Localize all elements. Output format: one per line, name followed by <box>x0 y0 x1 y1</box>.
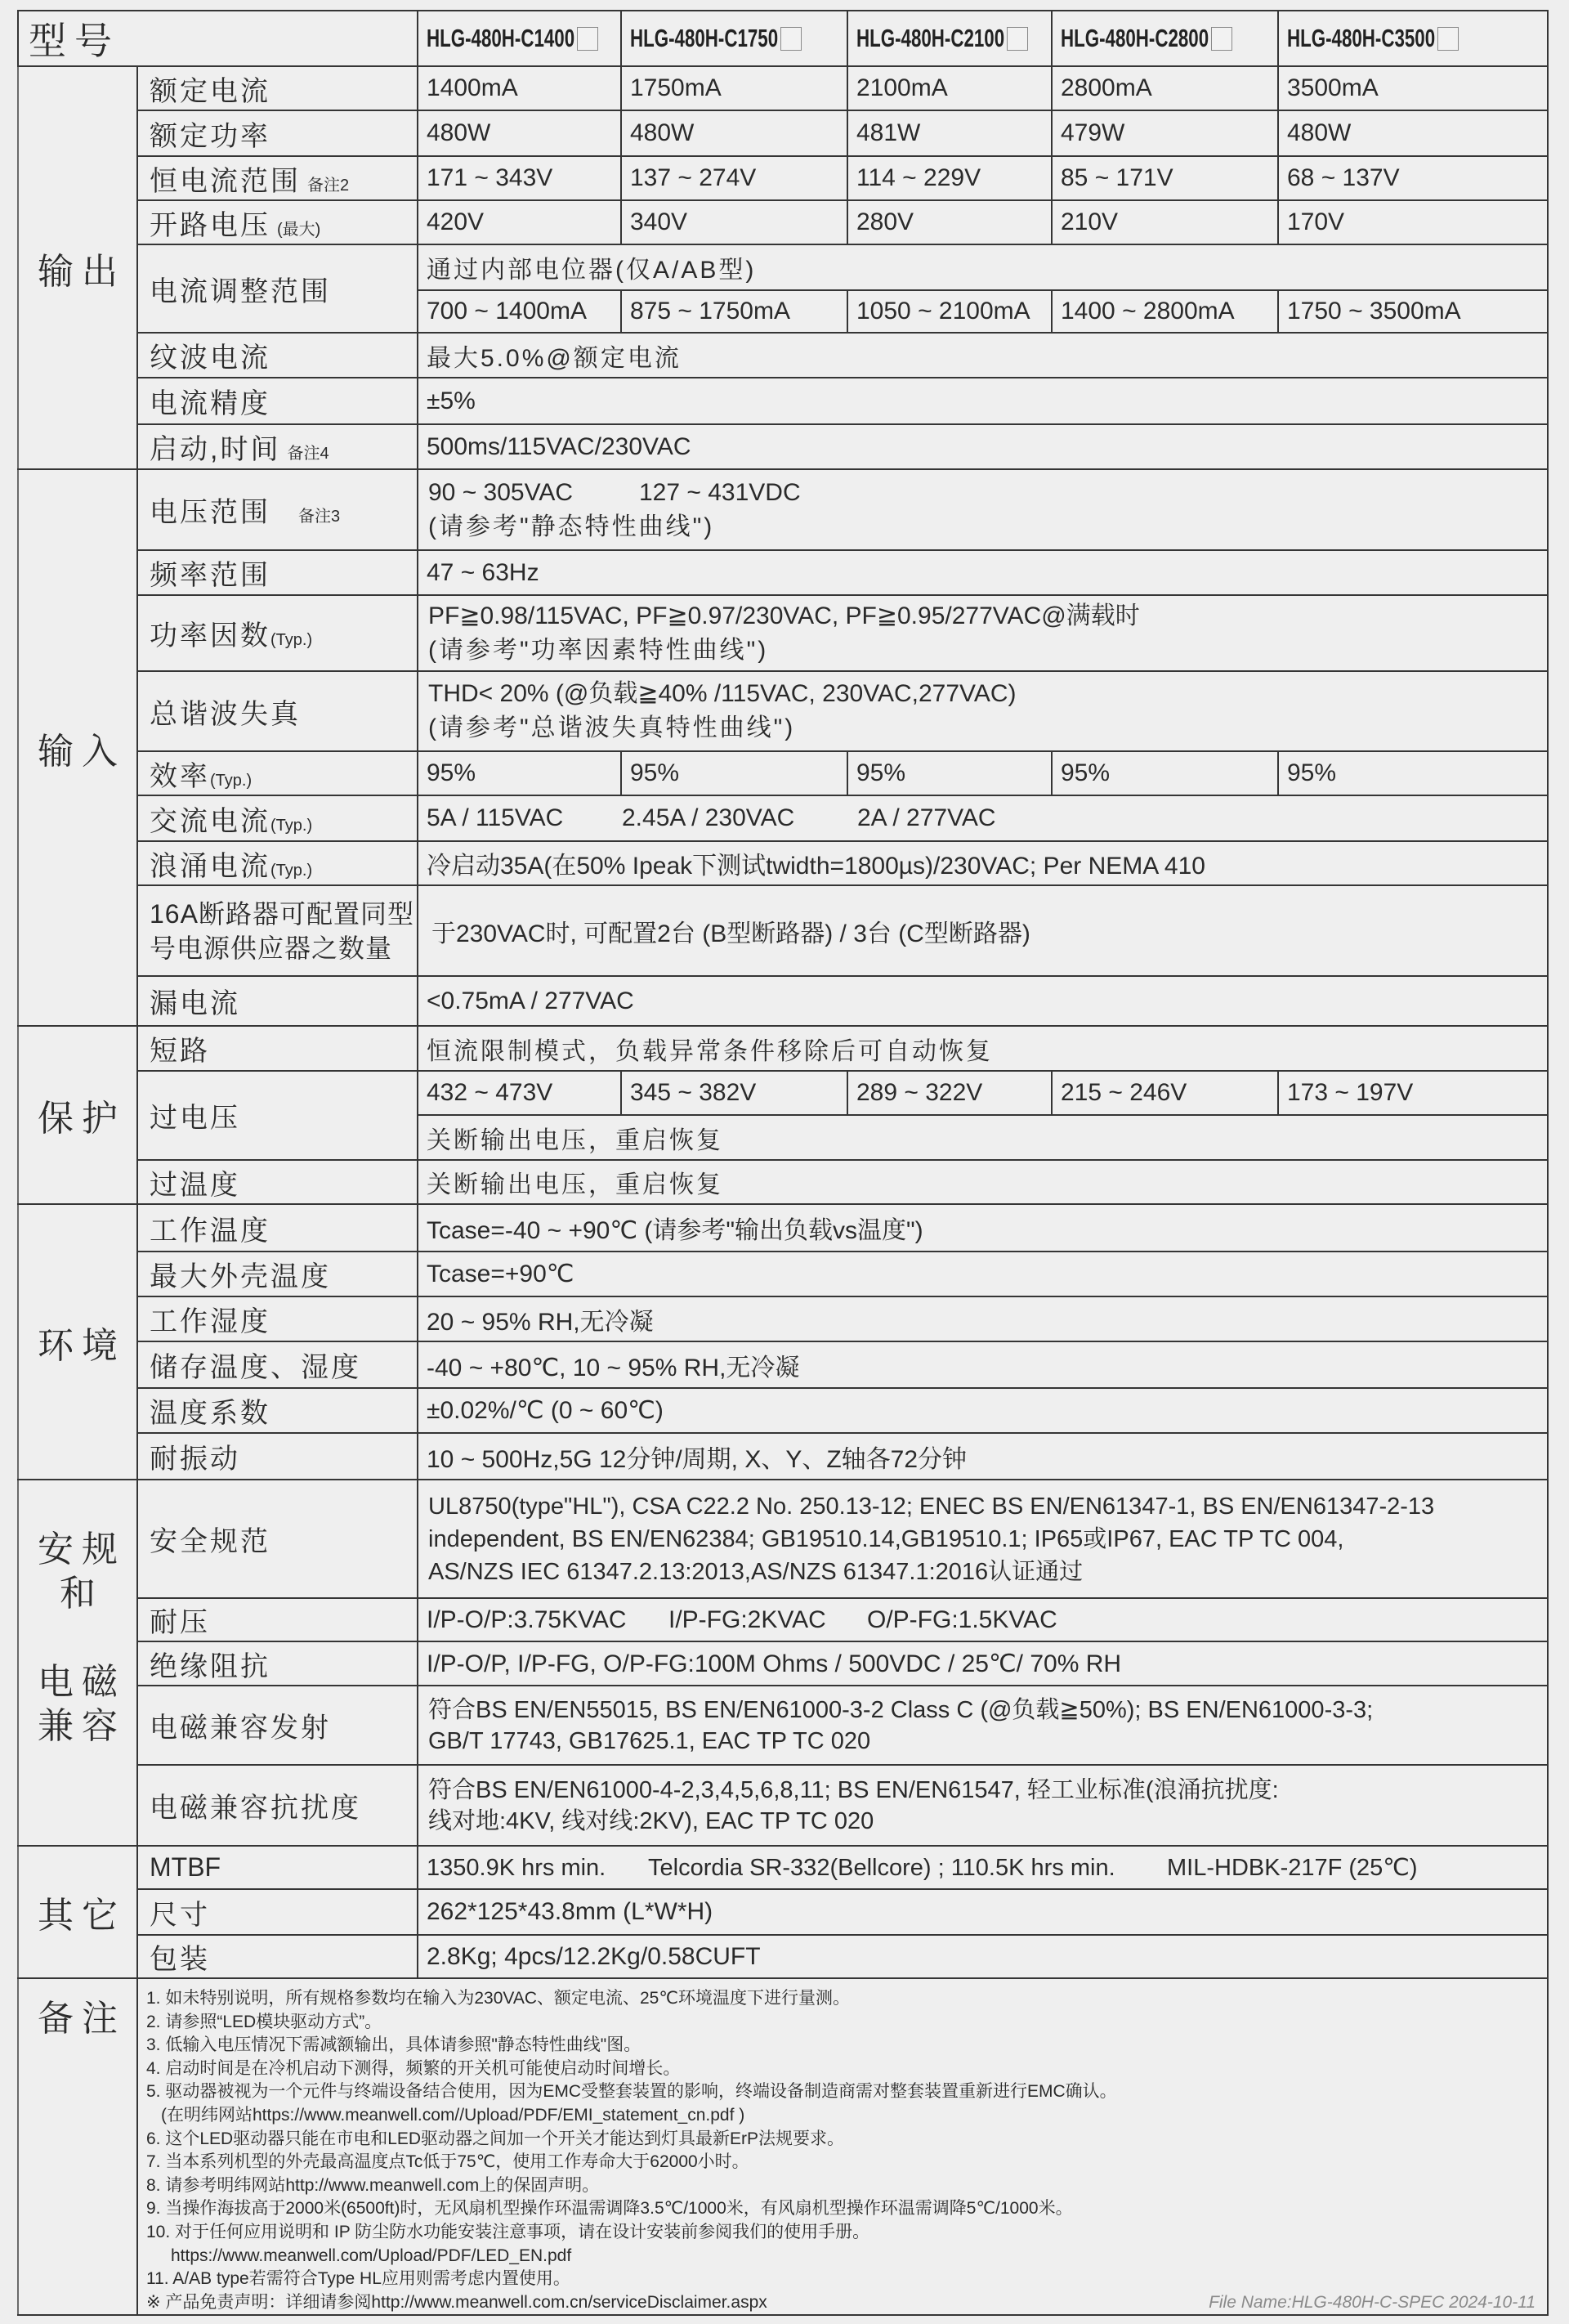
safety-standards-line: independent, BS EN/EN62384; GB19510.14,G… <box>428 1523 1547 1556</box>
group-protection: 保护 <box>18 1026 137 1204</box>
table-row-storage: 储存温度、湿度 -40 ~ +80℃, 10 ~ 95% RH,无冷凝 <box>18 1341 1548 1388</box>
note-item: 11. A/AB type若需符合Type HL应用则需考虑内置使用。 <box>146 2268 1547 2291</box>
label-text: 浪涌电流 <box>150 851 270 882</box>
cc-region-value: 171 ~ 343V <box>418 156 621 200</box>
current-adj-range-value: 875 ~ 1750mA <box>621 290 847 333</box>
disclaimer-link[interactable]: ※ 产品免责声明：详细请参阅http://www.meanwell.com.cn… <box>146 2291 767 2315</box>
cc-region-value: 114 ~ 229V <box>847 156 1052 200</box>
row-label-leakage-current: 漏电流 <box>137 976 418 1026</box>
model-column-header-3: HLG-480H-C2100 <box>847 11 1052 66</box>
storage-value: -40 ~ +80℃, 10 ~ 95% RH,无冷凝 <box>418 1341 1548 1388</box>
label-text: 效率 <box>150 761 210 792</box>
note-item: 8. 请参考明纬网站http://www.meanwell.com上的保固声明。 <box>146 2174 1547 2198</box>
row-label-storage: 储存温度、湿度 <box>137 1341 418 1388</box>
row-label-max-case-temp: 最大外壳温度 <box>137 1252 418 1296</box>
model-suffix-box <box>1437 27 1459 51</box>
note-item: 6. 这个LED驱动器只能在市电和LED驱动器之间加一个开关才能达到灯具最新Er… <box>146 2128 1547 2152</box>
model-suffix-box <box>780 27 802 51</box>
row-label-rated-power: 额定功率 <box>137 110 418 156</box>
frequency-range-value: 47 ~ 63Hz <box>418 550 1548 595</box>
notes-content: 1. 如未特别说明，所有规格参数均在输入为230VAC、额定电流、25℃环境温度… <box>137 1978 1548 2315</box>
table-row-over-temperature: 过温度 关断输出电压，重启恢复 <box>18 1160 1548 1204</box>
model-name: HLG-480H-C2800 <box>1061 24 1169 53</box>
model-header-label: 型号 <box>18 11 418 66</box>
power-factor-value: PF≧0.98/115VAC, PF≧0.97/230VAC, PF≧0.95/… <box>418 595 1548 671</box>
model-suffix-box <box>1007 27 1028 51</box>
label-qualifier: (Typ.) <box>270 817 312 835</box>
rated-current-value: 3500mA <box>1278 66 1548 110</box>
vibration-value: 10 ~ 500Hz,5G 12分钟/周期, X、Y、Z轴各72分钟 <box>418 1433 1548 1480</box>
working-humidity-value: 20 ~ 95% RH,无冷凝 <box>418 1296 1548 1341</box>
table-row-inrush-current: 浪涌电流(Typ.) 冷启动35A(在50% Ipeak下测试twidth=18… <box>18 841 1548 885</box>
group-spacer <box>27 1616 136 1660</box>
ac-range: 90 ~ 305VAC <box>428 476 639 510</box>
table-row-frequency-range: 频率范围 47 ~ 63Hz <box>18 550 1548 595</box>
table-row-mtbf: 其它 MTBF 1350.9K hrs min.Telcordia SR-332… <box>18 1846 1548 1889</box>
max-case-temp-value: Tcase=+90℃ <box>418 1252 1548 1296</box>
model-header-row: 型号 HLG-480H-C1400 HLG-480H-C1750 HLG-480… <box>18 11 1548 66</box>
table-row-over-voltage-values: 过电压 432 ~ 473V 345 ~ 382V 289 ~ 322V 215… <box>18 1071 1548 1115</box>
table-row-breaker-quantity: 16A断路器可配置同型 号电源供应器之数量 于230VAC时, 可配置2台 (B… <box>18 885 1548 976</box>
model-column-header-5: HLG-480H-C3500 <box>1278 11 1548 66</box>
model-suffix-box <box>1211 27 1232 51</box>
mtbf-telcordia-detail: Telcordia SR-332(Bellcore) ; 110.5K hrs … <box>648 1855 1167 1882</box>
model-column-header-1: HLG-480H-C1400 <box>418 11 621 66</box>
efficiency-value: 95% <box>1052 751 1278 795</box>
power-factor-reference: (请参考"功率因素特性曲线") <box>428 634 1547 668</box>
row-label-isolation-resistance: 绝缘阻抗 <box>137 1641 418 1686</box>
table-row-temp-coefficient: 温度系数 ±0.02%/℃ (0 ~ 60℃) <box>18 1388 1548 1433</box>
thd-reference: (请参考"总谐波失真特性曲线") <box>428 711 1547 746</box>
row-label-thd: 总谐波失真 <box>137 671 418 751</box>
short-circuit-value: 恒流限制模式，负载异常条件移除后可自动恢复 <box>418 1026 1548 1071</box>
group-output: 输出 <box>18 66 137 469</box>
label-qualifier: (Typ.) <box>270 631 312 649</box>
row-label-voltage-range: 电压范围备注3 <box>137 469 418 550</box>
table-row-dimension: 尺寸 262*125*43.8mm (L*W*H) <box>18 1889 1548 1935</box>
thd-line: THD< 20% (@负载≧40% /115VAC, 230VAC,277VAC… <box>428 677 1547 711</box>
note-item: 5. 驱动器被视为一个元件与终端设备结合使用，因为EMC受整套装置的影响，终端设… <box>146 2080 1547 2104</box>
row-label-vibration: 耐振动 <box>137 1433 418 1480</box>
open-circuit-voltage-value: 170V <box>1278 200 1548 244</box>
label-qualifier: (Typ.) <box>270 862 312 880</box>
current-adj-range-value: 1050 ~ 2100mA <box>847 290 1052 333</box>
note-link-led-manual[interactable]: https://www.meanwell.com/Upload/PDF/LED_… <box>146 2245 1547 2268</box>
withstand-ip-fg: I/P-FG:2KVAC <box>668 1606 867 1634</box>
voltage-range-reference: (请参考"静态特性曲线") <box>428 510 1547 544</box>
leakage-current-value: <0.75mA / 277VAC <box>418 976 1548 1026</box>
table-row-current-tolerance: 电流精度 ±5% <box>18 378 1548 424</box>
model-name: HLG-480H-C1400 <box>427 24 534 53</box>
dc-range: 127 ~ 431VDC <box>639 476 801 510</box>
table-row-constant-current-region: 恒电流范围备注2 171 ~ 343V 137 ~ 274V 114 ~ 229… <box>18 156 1548 200</box>
table-row-emc-immunity: 电磁兼容抗扰度 符合BS EN/EN61000-4-2,3,4,5,6,8,11… <box>18 1765 1548 1846</box>
current-tolerance-value: ±5% <box>418 378 1548 424</box>
table-row-efficiency: 效率(Typ.) 95% 95% 95% 95% 95% <box>18 751 1548 795</box>
note-reference: 备注4 <box>287 445 329 463</box>
dimension-value: 262*125*43.8mm (L*W*H) <box>418 1889 1548 1935</box>
over-temperature-value: 关断输出电压，重启恢复 <box>418 1160 1548 1204</box>
model-name: HLG-480H-C3500 <box>1287 24 1395 53</box>
safety-standards-value: UL8750(type"HL"), CSA C22.2 No. 250.13-1… <box>418 1480 1548 1598</box>
row-label-setup-time: 启动,时间备注4 <box>137 424 418 469</box>
ac-current-115: 5A / 115VAC <box>427 804 622 832</box>
row-label-open-circuit-voltage: 开路电压(最大) <box>137 200 418 244</box>
current-adj-range-value: 1400 ~ 2800mA <box>1052 290 1278 333</box>
label-text: 交流电流 <box>150 806 270 837</box>
model-column-header-2: HLG-480H-C1750 <box>621 11 847 66</box>
row-label-temp-coefficient: 温度系数 <box>137 1388 418 1433</box>
note-item: 9. 当操作海拔高于2000米(6500ft)时，无风扇机型操作环温需调降3.5… <box>146 2197 1547 2221</box>
open-circuit-voltage-value: 210V <box>1052 200 1278 244</box>
group-line: 和 <box>27 1572 136 1616</box>
rated-current-value: 1400mA <box>418 66 621 110</box>
emc-immunity-value: 符合BS EN/EN61000-4-2,3,4,5,6,8,11; BS EN/… <box>418 1765 1548 1846</box>
rated-power-value: 481W <box>847 110 1052 156</box>
withstand-ip-op: I/P-O/P:3.75KVAC <box>427 1606 668 1634</box>
breaker-quantity-value: 于230VAC时, 可配置2台 (B型断路器) / 3台 (C型断路器) <box>418 885 1548 976</box>
row-label-withstand-voltage: 耐压 <box>137 1598 418 1641</box>
over-voltage-description: 关断输出电压，重启恢复 <box>418 1115 1548 1160</box>
table-row-ripple-current: 纹波电流 最大5.0%@额定电流 <box>18 333 1548 378</box>
model-name: HLG-480H-C1750 <box>630 24 738 53</box>
open-circuit-voltage-value: 420V <box>418 200 621 244</box>
mtbf-value: 1350.9K hrs min.Telcordia SR-332(Bellcor… <box>418 1846 1548 1889</box>
label-text: 功率因数 <box>150 620 270 652</box>
working-temp-value: Tcase=-40 ~ +90℃ (请参考"输出负载vs温度") <box>418 1204 1548 1252</box>
row-label-ac-current: 交流电流(Typ.) <box>137 795 418 841</box>
model-column-header-4: HLG-480H-C2800 <box>1052 11 1278 66</box>
label-line: 16A断路器可配置同型 <box>150 897 417 931</box>
ripple-current-value: 最大5.0%@额定电流 <box>418 333 1548 378</box>
label-qualifier: (Typ.) <box>210 772 252 790</box>
row-label-rated-current: 额定电流 <box>137 66 418 110</box>
group-line: 兼容 <box>27 1704 136 1749</box>
label-text: 恒电流范围 <box>150 166 301 197</box>
note-item: 1. 如未特别说明，所有规格参数均在输入为230VAC、额定电流、25℃环境温度… <box>146 1987 1547 2011</box>
table-row-power-factor: 功率因数(Typ.) PF≧0.98/115VAC, PF≧0.97/230VA… <box>18 595 1548 671</box>
group-line: 电磁 <box>27 1660 136 1704</box>
ac-current-277: 2A / 277VAC <box>857 804 996 832</box>
label-qualifier: (最大) <box>277 221 320 239</box>
table-row-working-humidity: 工作湿度 20 ~ 95% RH,无冷凝 <box>18 1296 1548 1341</box>
efficiency-value: 95% <box>1278 751 1548 795</box>
row-label-mtbf: MTBF <box>137 1846 418 1889</box>
row-label-working-temp: 工作温度 <box>137 1204 418 1252</box>
ac-current-230: 2.45A / 230VAC <box>622 804 857 832</box>
group-input: 输入 <box>18 469 137 1026</box>
open-circuit-voltage-value: 280V <box>847 200 1052 244</box>
efficiency-value: 95% <box>418 751 621 795</box>
table-row-open-circuit-voltage: 开路电压(最大) 420V 340V 280V 210V 170V <box>18 200 1548 244</box>
group-line: 安规 <box>27 1528 136 1572</box>
temp-coefficient-value: ±0.02%/℃ (0 ~ 60℃) <box>418 1388 1548 1433</box>
row-label-emc-immunity: 电磁兼容抗扰度 <box>137 1765 418 1846</box>
row-label-frequency-range: 频率范围 <box>137 550 418 595</box>
label-text: 开路电压 <box>150 210 270 241</box>
row-label-efficiency: 效率(Typ.) <box>137 751 418 795</box>
over-voltage-value: 345 ~ 382V <box>621 1071 847 1115</box>
current-adj-range-description: 通过内部电位器(仅A/AB型) <box>418 244 1548 290</box>
mtbf-telcordia: 1350.9K hrs min. <box>427 1855 648 1882</box>
table-row-rated-power: 额定功率 480W 480W 481W 479W 480W <box>18 110 1548 156</box>
table-row-leakage-current: 漏电流 <0.75mA / 277VAC <box>18 976 1548 1026</box>
over-voltage-value: 432 ~ 473V <box>418 1071 621 1115</box>
group-others: 其它 <box>18 1846 137 1978</box>
note-item: 3. 低输入电压情况下需减额输出，具体请参照"静态特性曲线"图。 <box>146 2034 1547 2058</box>
row-label-over-temperature: 过温度 <box>137 1160 418 1204</box>
over-voltage-value: 289 ~ 322V <box>847 1071 1052 1115</box>
group-safety-emc: 安规 和 电磁 兼容 <box>18 1480 137 1846</box>
label-line: 号电源供应器之数量 <box>150 931 417 965</box>
efficiency-value: 95% <box>621 751 847 795</box>
mtbf-mil-hdbk: MIL-HDBK-217F (25℃) <box>1167 1853 1418 1882</box>
efficiency-value: 95% <box>847 751 1052 795</box>
row-label-short-circuit: 短路 <box>137 1026 418 1071</box>
voltage-range-line: 90 ~ 305VAC127 ~ 431VDC <box>428 476 1547 510</box>
spec-table: 型号 HLG-480H-C1400 HLG-480H-C1750 HLG-480… <box>17 10 1549 2316</box>
table-row-emc-emission: 电磁兼容发射 符合BS EN/EN55015, BS EN/EN61000-3-… <box>18 1686 1548 1765</box>
table-row-rated-current: 输出 额定电流 1400mA 1750mA 2100mA 2800mA 3500… <box>18 66 1548 110</box>
withstand-voltage-value: I/P-O/P:3.75KVACI/P-FG:2KVACO/P-FG:1.5KV… <box>418 1598 1548 1641</box>
table-row-vibration: 耐振动 10 ~ 500Hz,5G 12分钟/周期, X、Y、Z轴各72分钟 <box>18 1433 1548 1480</box>
over-voltage-value: 173 ~ 197V <box>1278 1071 1548 1115</box>
emc-emission-line: GB/T 17743, GB17625.1, EAC TP TC 020 <box>428 1726 1547 1757</box>
row-label-dimension: 尺寸 <box>137 1889 418 1935</box>
note-link-emi-statement[interactable]: (在明纬网站https://www.meanwell.com//Upload/P… <box>146 2104 1547 2128</box>
emc-emission-line: 符合BS EN/EN55015, BS EN/EN61000-3-2 Class… <box>428 1695 1547 1726</box>
power-factor-line: PF≧0.98/115VAC, PF≧0.97/230VAC, PF≧0.95/… <box>428 599 1547 634</box>
table-row-setup-time: 启动,时间备注4 500ms/115VAC/230VAC <box>18 424 1548 469</box>
row-label-packing: 包装 <box>137 1935 418 1978</box>
note-reference: 备注3 <box>298 508 340 526</box>
model-suffix-box <box>577 27 598 51</box>
voltage-range-value: 90 ~ 305VAC127 ~ 431VDC (请参考"静态特性曲线") <box>418 469 1548 550</box>
model-name: HLG-480H-C2100 <box>856 24 964 53</box>
row-label-current-adj-range: 电流调整范围 <box>137 244 418 333</box>
isolation-resistance-value: I/P-O/P, I/P-FG, O/P-FG:100M Ohms / 500V… <box>418 1641 1548 1686</box>
row-label-constant-current-region: 恒电流范围备注2 <box>137 156 418 200</box>
table-row-ac-current: 交流电流(Typ.) 5A / 115VAC2.45A / 230VAC2A /… <box>18 795 1548 841</box>
emc-immunity-line: 符合BS EN/EN61000-4-2,3,4,5,6,8,11; BS EN/… <box>428 1775 1547 1806</box>
table-row-short-circuit: 保护 短路 恒流限制模式，负载异常条件移除后可自动恢复 <box>18 1026 1548 1071</box>
table-row-current-adj-range-description: 电流调整范围 通过内部电位器(仅A/AB型) <box>18 244 1548 290</box>
row-label-safety-standards: 安全规范 <box>137 1480 418 1598</box>
note-item: 7. 当本系列机型的外壳最高温度点Tc低于75℃，使用工作寿命大于62000小时… <box>146 2151 1547 2174</box>
emc-immunity-line: 线对地:4KV, 线对线:2KV), EAC TP TC 020 <box>428 1806 1547 1837</box>
disclaimer-row: ※ 产品免责声明：详细请参阅http://www.meanwell.com.cn… <box>146 2291 1547 2315</box>
row-label-power-factor: 功率因数(Typ.) <box>137 595 418 671</box>
table-row-voltage-range: 输入 电压范围备注3 90 ~ 305VAC127 ~ 431VDC (请参考"… <box>18 469 1548 550</box>
cc-region-value: 85 ~ 171V <box>1052 156 1278 200</box>
label-text: 启动,时间 <box>150 434 280 465</box>
row-label-over-voltage: 过电压 <box>137 1071 418 1160</box>
inrush-current-value: 冷启动35A(在50% Ipeak下测试twidth=1800µs)/230VA… <box>418 841 1548 885</box>
rated-power-value: 479W <box>1052 110 1278 156</box>
note-item: 10. 对于任何应用说明和 IP 防尘防水功能安装注意事项，请在设计安装前参阅我… <box>146 2221 1547 2245</box>
row-label-breaker-quantity: 16A断路器可配置同型 号电源供应器之数量 <box>137 885 418 976</box>
current-adj-range-value: 1750 ~ 3500mA <box>1278 290 1548 333</box>
note-item: 4. 启动时间是在冷机启动下测得，频繁的开关机可能使启动时间增长。 <box>146 2058 1547 2081</box>
table-row-working-temp: 环境 工作温度 Tcase=-40 ~ +90℃ (请参考"输出负载vs温度") <box>18 1204 1548 1252</box>
note-item: 2. 请参照“LED模块驱动方式”。 <box>146 2011 1547 2035</box>
table-row-safety-standards: 安规 和 电磁 兼容 安全规范 UL8750(type"HL"), CSA C2… <box>18 1480 1548 1598</box>
rated-power-value: 480W <box>1278 110 1548 156</box>
cc-region-value: 68 ~ 137V <box>1278 156 1548 200</box>
thd-value: THD< 20% (@负载≧40% /115VAC, 230VAC,277VAC… <box>418 671 1548 751</box>
cc-region-value: 137 ~ 274V <box>621 156 847 200</box>
row-label-current-tolerance: 电流精度 <box>137 378 418 424</box>
withstand-op-fg: O/P-FG:1.5KVAC <box>867 1606 1057 1634</box>
table-row-packing: 包装 2.8Kg; 4pcs/12.2Kg/0.58CUFT <box>18 1935 1548 1978</box>
emc-emission-value: 符合BS EN/EN55015, BS EN/EN61000-3-2 Class… <box>418 1686 1548 1765</box>
row-label-ripple-current: 纹波电流 <box>137 333 418 378</box>
table-row-withstand-voltage: 耐压 I/P-O/P:3.75KVACI/P-FG:2KVACO/P-FG:1.… <box>18 1598 1548 1641</box>
row-label-working-humidity: 工作湿度 <box>137 1296 418 1341</box>
setup-time-value: 500ms/115VAC/230VAC <box>418 424 1548 469</box>
packing-value: 2.8Kg; 4pcs/12.2Kg/0.58CUFT <box>418 1935 1548 1978</box>
row-label-inrush-current: 浪涌电流(Typ.) <box>137 841 418 885</box>
file-name: File Name:HLG-480H-C-SPEC 2024-10-11 <box>1209 2291 1547 2315</box>
open-circuit-voltage-value: 340V <box>621 200 847 244</box>
group-notes: 备注 <box>18 1978 137 2315</box>
table-row-isolation-resistance: 绝缘阻抗 I/P-O/P, I/P-FG, O/P-FG:100M Ohms /… <box>18 1641 1548 1686</box>
table-row-notes: 备注 1. 如未特别说明，所有规格参数均在输入为230VAC、额定电流、25℃环… <box>18 1978 1548 2315</box>
safety-standards-line: AS/NZS IEC 61347.2.13:2013,AS/NZS 61347.… <box>428 1556 1547 1588</box>
rated-current-value: 2100mA <box>847 66 1052 110</box>
rated-current-value: 1750mA <box>621 66 847 110</box>
rated-power-value: 480W <box>418 110 621 156</box>
rated-power-value: 480W <box>621 110 847 156</box>
current-adj-range-value: 700 ~ 1400mA <box>418 290 621 333</box>
note-reference: 备注2 <box>307 177 349 195</box>
ac-current-value: 5A / 115VAC2.45A / 230VAC2A / 277VAC <box>418 795 1548 841</box>
safety-standards-line: UL8750(type"HL"), CSA C22.2 No. 250.13-1… <box>428 1490 1547 1523</box>
over-voltage-value: 215 ~ 246V <box>1052 1071 1278 1115</box>
rated-current-value: 2800mA <box>1052 66 1278 110</box>
row-label-emc-emission: 电磁兼容发射 <box>137 1686 418 1765</box>
table-row-thd: 总谐波失真 THD< 20% (@负载≧40% /115VAC, 230VAC,… <box>18 671 1548 751</box>
label-text: 电压范围 <box>150 497 270 528</box>
group-environment: 环境 <box>18 1204 137 1480</box>
table-row-max-case-temp: 最大外壳温度 Tcase=+90℃ <box>18 1252 1548 1296</box>
